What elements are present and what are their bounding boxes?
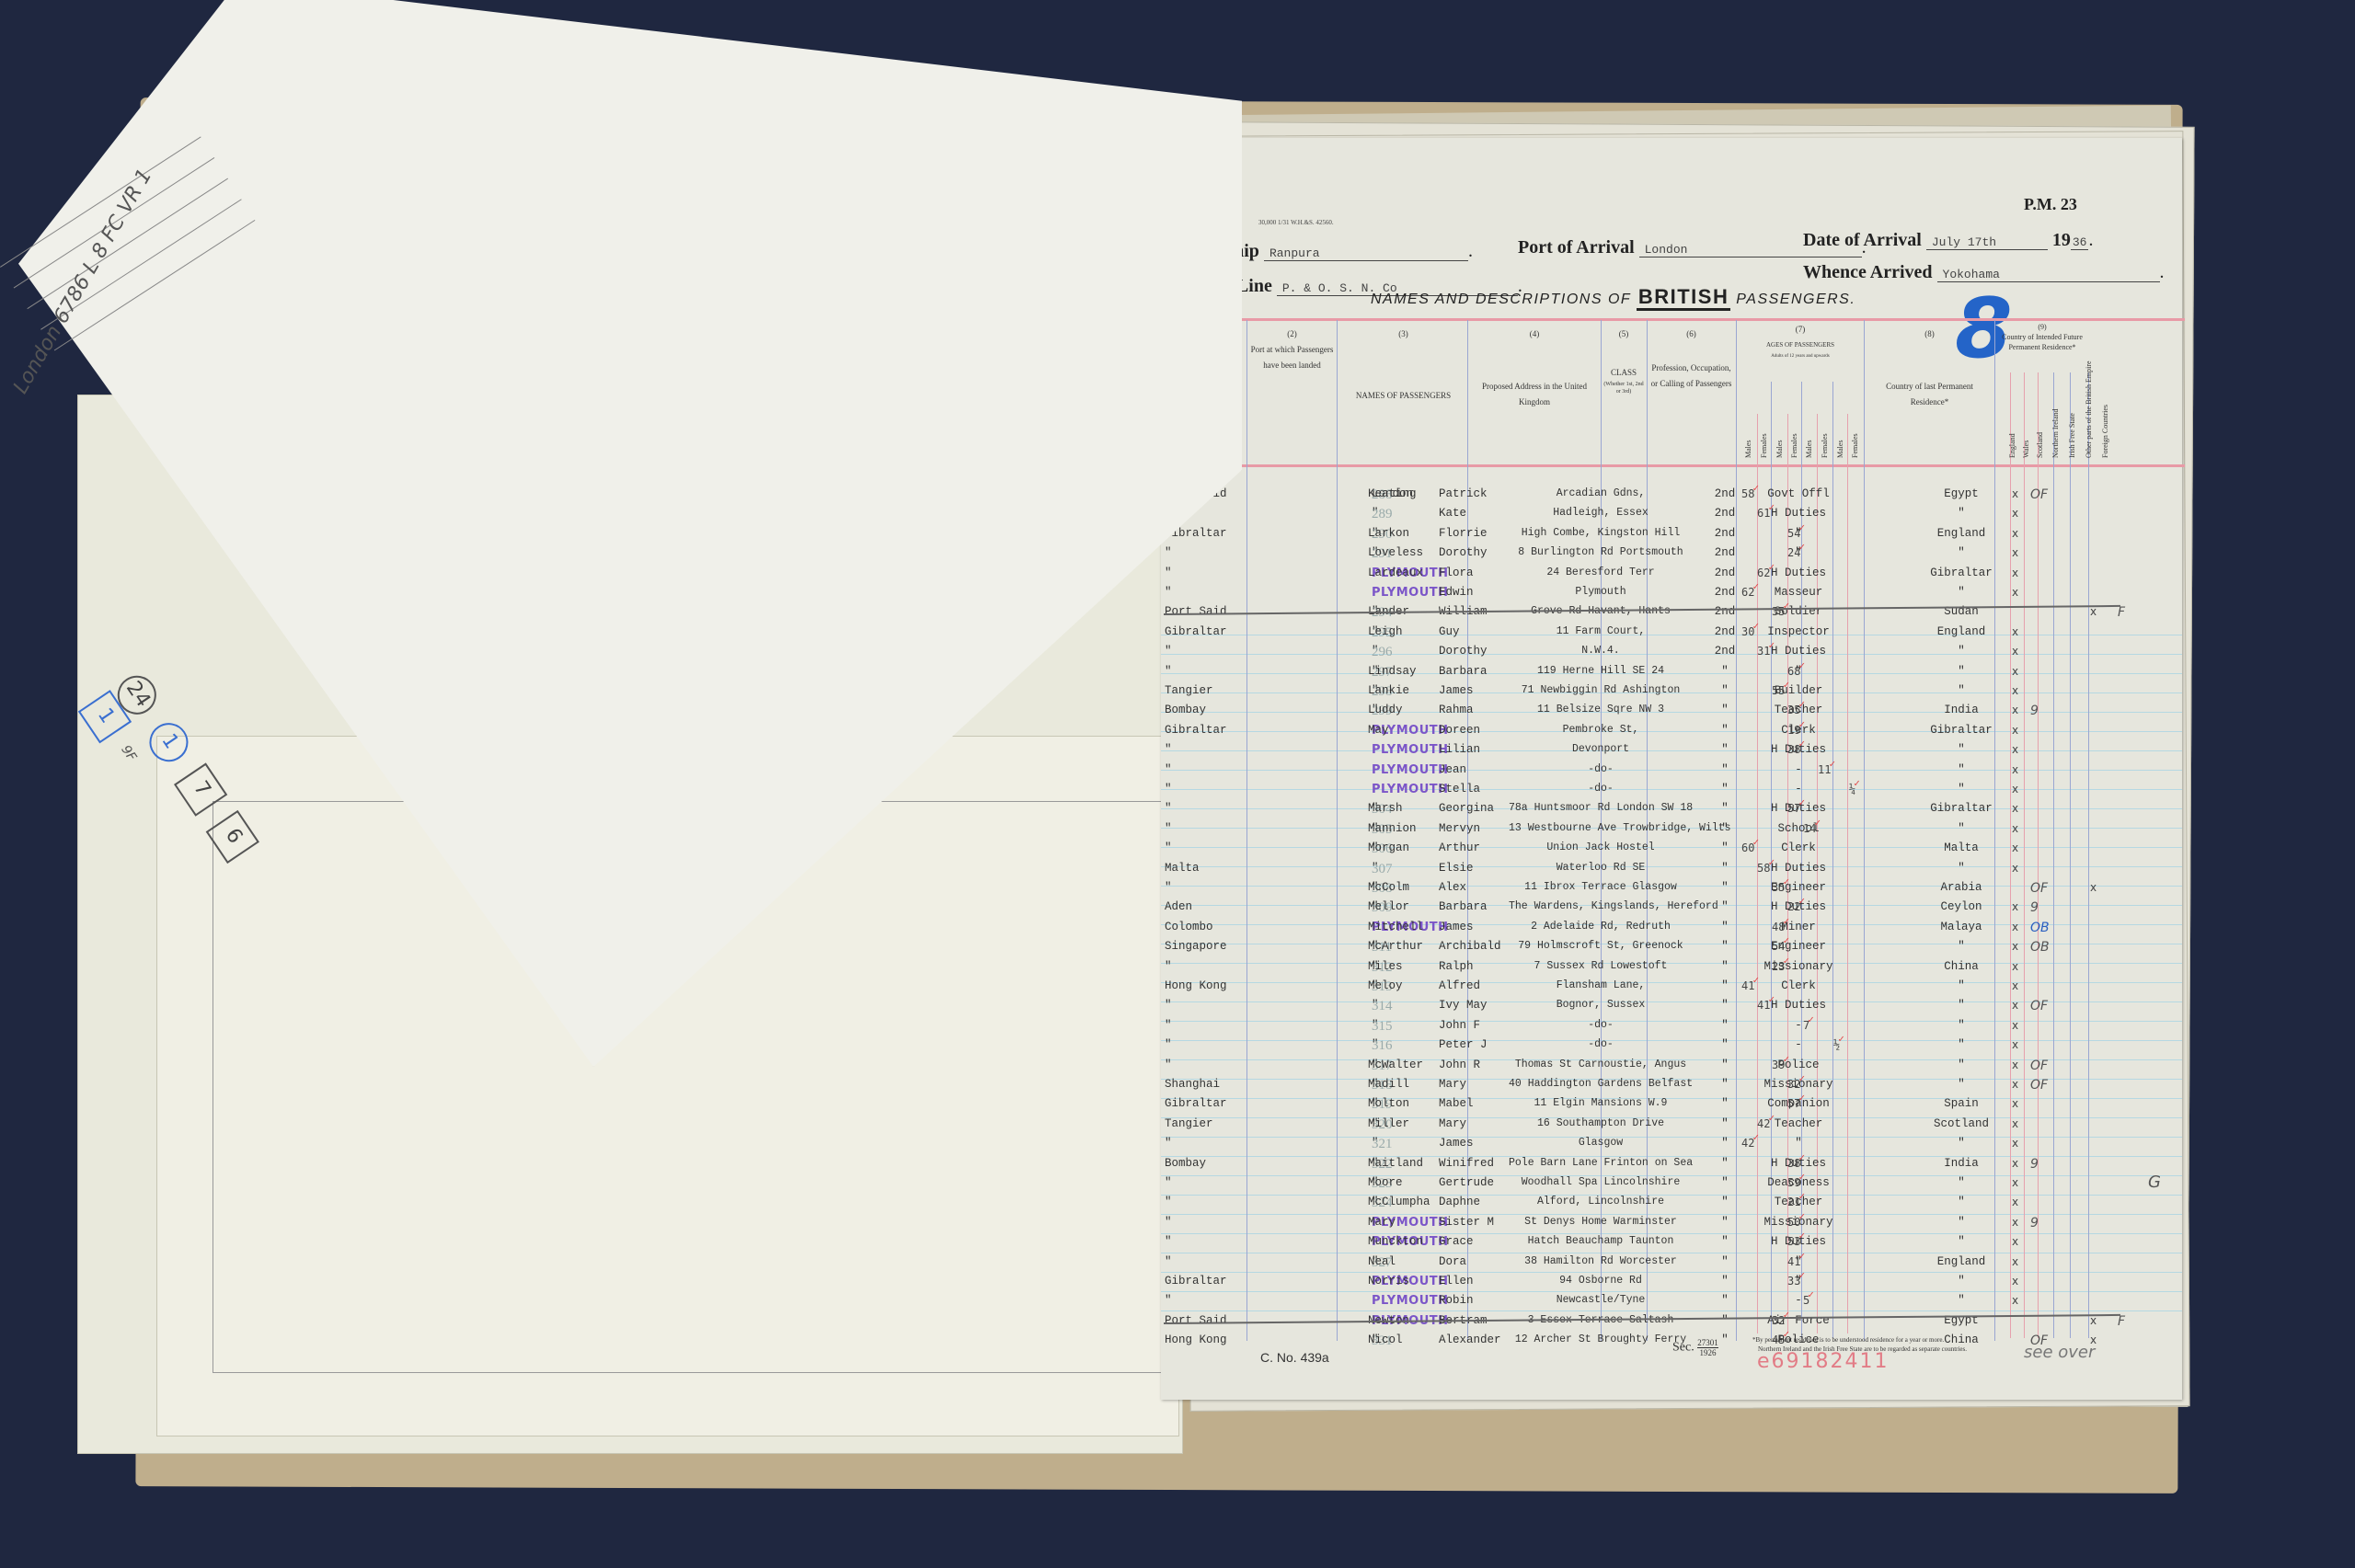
surname: Miles bbox=[1368, 960, 1403, 973]
country-last-residence: " bbox=[1869, 1137, 2053, 1150]
age: 35 bbox=[1787, 704, 1807, 716]
age: 54 bbox=[1787, 527, 1807, 540]
table-row: "" 316Peter J-do-"-½"x bbox=[1161, 1038, 2182, 1059]
port-of-embarkation: " bbox=[1161, 743, 1250, 756]
intended-residence-mark: x bbox=[2012, 586, 2018, 599]
given-name: Barbara bbox=[1439, 900, 1488, 913]
country-last-residence: Spain bbox=[1869, 1097, 2053, 1110]
table-row: Gibraltar" 290LarkonFlorrieHigh Combe, K… bbox=[1161, 527, 2182, 547]
given-name: Stella bbox=[1439, 783, 1480, 795]
class: " bbox=[1702, 1275, 1748, 1288]
uk-address: 94 Osborne Rd bbox=[1509, 1275, 1693, 1287]
table-row: "" 308McColmAlex11 Ibrox Terrace Glasgow… bbox=[1161, 881, 2182, 901]
port-of-embarkation: " bbox=[1161, 1059, 1250, 1071]
sec-field: Sec. 27301 1926 bbox=[1672, 1338, 1718, 1357]
annotation: 9 bbox=[2030, 704, 2039, 718]
class: " bbox=[1702, 999, 1748, 1012]
form-number: C. No. 439a bbox=[1260, 1350, 1329, 1365]
country-last-residence: Gibraltar bbox=[1869, 802, 2053, 815]
port-of-embarkation: " bbox=[1161, 1196, 1250, 1208]
surname: Mellor bbox=[1368, 900, 1409, 913]
annotation: OF bbox=[2030, 999, 2048, 1013]
ship-value: Ranpura bbox=[1264, 246, 1468, 261]
given-name: John R bbox=[1439, 1059, 1480, 1071]
class: 2nd bbox=[1702, 567, 1748, 579]
red-ink-annotation: e69182411 bbox=[1757, 1350, 1890, 1373]
annotation: OF bbox=[2030, 487, 2048, 502]
class: " bbox=[1702, 1038, 1748, 1051]
table-row: Gibraltar" 319MoltonMabel11 Elgin Mansio… bbox=[1161, 1097, 2182, 1117]
intended-residence-mark: x bbox=[2012, 960, 2018, 973]
occupation: Clerk bbox=[1757, 979, 1840, 992]
class: " bbox=[1702, 704, 1748, 716]
port-of-embarkation: Aden bbox=[1161, 900, 1250, 913]
given-name: Dorothy bbox=[1439, 645, 1488, 658]
manifest-title: NAMES AND DESCRIPTIONS OF BRITISH PASSEN… bbox=[1371, 285, 1855, 309]
port-of-embarkation: " bbox=[1161, 567, 1250, 579]
port-of-embarkation: " bbox=[1161, 1294, 1250, 1307]
port-of-arrival-label: Port of Arrival bbox=[1518, 237, 1635, 258]
port-of-embarkation: Hong Kong bbox=[1161, 1333, 1250, 1346]
country-last-residence: Arabia bbox=[1869, 881, 2053, 894]
subcol-females: Females bbox=[1821, 433, 1829, 458]
col-names: (3)NAMES OF PASSENGERS bbox=[1341, 326, 1465, 404]
age: 23 bbox=[1772, 960, 1791, 973]
uk-address: 38 Hamilton Rd Worcester bbox=[1509, 1255, 1693, 1267]
class: " bbox=[1702, 881, 1748, 894]
intended-residence-mark: x bbox=[2012, 862, 2018, 875]
surname: Lankie bbox=[1368, 684, 1409, 697]
subcol-foreign-countries: Foreign Countries bbox=[2101, 405, 2109, 458]
annotation: OF bbox=[2030, 1078, 2048, 1093]
surname: Marsh bbox=[1368, 802, 1403, 815]
table-row: Tangier" 298LankieJames71 Newbiggin Rd A… bbox=[1161, 684, 2182, 704]
given-name: Archibald bbox=[1439, 940, 1501, 953]
pencil-annotation: see over bbox=[2024, 1343, 2095, 1362]
uk-address: Bognor, Sussex bbox=[1509, 999, 1693, 1011]
country-last-residence: " bbox=[1869, 1019, 2053, 1032]
occupation: Miner bbox=[1757, 921, 1840, 933]
table-row: "PLYMOUTHRobinNewcastle/Tyne"-5"x bbox=[1161, 1294, 2182, 1314]
uk-address: 119 Herne Hill SE 24 bbox=[1509, 665, 1693, 677]
age: 61 bbox=[1757, 507, 1776, 520]
class: " bbox=[1702, 1216, 1748, 1229]
form-code: P.M. 23 bbox=[2024, 195, 2315, 214]
table-row: Bombay" 299LuddyRahma11 Belsize Sqre NW … bbox=[1161, 704, 2182, 724]
port-of-embarkation: " bbox=[1161, 645, 1250, 658]
uk-address: Arcadian Gdns, bbox=[1509, 487, 1693, 499]
uk-address: Flansham Lane, bbox=[1509, 979, 1693, 991]
age: 32 bbox=[1772, 1314, 1791, 1327]
intended-residence-mark: x bbox=[2012, 546, 2018, 559]
age: 5 bbox=[1803, 1294, 1816, 1307]
year-suffix: 36 bbox=[2071, 235, 2089, 250]
given-name: Winifred bbox=[1439, 1157, 1494, 1170]
given-name: Ellen bbox=[1439, 1275, 1474, 1288]
table-row: "PLYMOUTHLilianDevonport"H Duties38"x bbox=[1161, 743, 2182, 763]
uk-address: Glasgow bbox=[1509, 1137, 1693, 1149]
header-bottom-rule bbox=[1161, 464, 2185, 467]
year-prefix: 19 bbox=[2052, 230, 2071, 250]
port-of-embarkation: " bbox=[1161, 1137, 1250, 1150]
country-last-residence: " bbox=[1869, 822, 2053, 835]
given-name: Ivy May bbox=[1439, 999, 1488, 1012]
subcol-males: Males bbox=[1836, 440, 1844, 458]
country-last-residence: " bbox=[1869, 684, 2053, 697]
col-port-landed: (2)Port at which Passengers have been la… bbox=[1249, 326, 1335, 373]
intended-residence-mark: x bbox=[2012, 1196, 2018, 1208]
uk-address: 2 Adelaide Rd, Redruth bbox=[1509, 921, 1693, 933]
port-of-embarkation: " bbox=[1161, 586, 1250, 599]
plymouth-stamp: PLYMOUTH bbox=[1372, 743, 1449, 757]
age: 39 bbox=[1772, 1059, 1791, 1071]
surname: McArthur bbox=[1368, 940, 1423, 953]
uk-address: 11 Elgin Mansions W.9 bbox=[1509, 1097, 1693, 1109]
intended-residence-mark: x bbox=[2012, 1275, 2018, 1288]
age: 62 bbox=[1741, 586, 1761, 599]
intended-residence-mark: x bbox=[2012, 921, 2018, 933]
class: " bbox=[1702, 1314, 1748, 1327]
intended-residence-mark: x bbox=[2012, 567, 2018, 579]
table-row: Singapore" 311McArthurArchibald79 Holmsc… bbox=[1161, 940, 2182, 960]
intended-residence-mark: x bbox=[2012, 665, 2018, 678]
class: " bbox=[1702, 684, 1748, 697]
uk-address: The Wardens, Kingslands, Hereford bbox=[1509, 900, 1693, 912]
uk-address: Woodhall Spa Lincolnshire bbox=[1509, 1176, 1693, 1188]
subcol-england: England bbox=[2008, 433, 2016, 458]
flap-trailing-note: 9F bbox=[118, 743, 139, 764]
surname: Meloy bbox=[1368, 979, 1403, 992]
port-of-embarkation: " bbox=[1161, 841, 1250, 854]
passenger-number: 316 bbox=[1372, 1038, 1393, 1054]
class: " bbox=[1702, 724, 1748, 737]
occupation: Engineer bbox=[1757, 881, 1840, 894]
class: " bbox=[1702, 1196, 1748, 1208]
uk-address: Pembroke St, bbox=[1509, 724, 1693, 736]
port-of-embarkation: " bbox=[1161, 881, 1250, 894]
country-last-residence: Gibraltar bbox=[1869, 567, 2053, 579]
country-last-residence: Ceylon bbox=[1869, 900, 2053, 913]
occupation: " bbox=[1757, 1137, 1840, 1150]
country-last-residence: Scotland bbox=[1869, 1117, 2053, 1130]
plymouth-stamp: PLYMOUTH bbox=[1372, 586, 1449, 600]
surname: Madill bbox=[1368, 1078, 1409, 1091]
age: 19 bbox=[1787, 724, 1807, 737]
class: " bbox=[1702, 1235, 1748, 1248]
given-name: Robin bbox=[1439, 1294, 1474, 1307]
subcol-females: Females bbox=[1760, 433, 1768, 458]
annotation: 9 bbox=[2030, 1216, 2039, 1230]
col-country-intended: (9)Country of Intended Future Permanent … bbox=[1996, 322, 2088, 352]
intended-residence-mark: x bbox=[2012, 507, 2018, 520]
table-row: Aden" 309MellorBarbaraThe Wardens, Kings… bbox=[1161, 900, 2182, 921]
table-row: "" 289KateHadleigh, Essex2ndH Duties61"x bbox=[1161, 507, 2182, 527]
port-of-embarkation: " bbox=[1161, 822, 1250, 835]
annotation: OB bbox=[2030, 940, 2050, 955]
country-last-residence: Gibraltar bbox=[1869, 724, 2053, 737]
given-name: Alfred bbox=[1439, 979, 1480, 992]
country-last-residence: Malta bbox=[1869, 841, 2053, 854]
uk-address: -do- bbox=[1509, 1019, 1693, 1031]
date-of-arrival-field: Date of Arrival July 17th 1936. bbox=[1803, 230, 2093, 251]
age: 59 bbox=[1787, 1176, 1807, 1189]
occupation: - bbox=[1757, 1294, 1840, 1307]
given-name: Jean bbox=[1439, 763, 1466, 776]
uk-address: 78a Huntsmoor Rd London SW 18 bbox=[1509, 802, 1693, 814]
surname: Nicol bbox=[1368, 1333, 1403, 1346]
surname: Maitland bbox=[1368, 1157, 1423, 1170]
table-row: ColomboPLYMOUTHMitchellJames2 Adelaide R… bbox=[1161, 921, 2182, 941]
intended-residence-mark: x bbox=[2012, 1255, 2018, 1268]
class: " bbox=[1702, 1176, 1748, 1189]
table-row: "" 312MilesRalph7 Sussex Rd Lowestoft"Mi… bbox=[1161, 960, 2182, 980]
annotation: 9 bbox=[2030, 1157, 2039, 1172]
uk-address: 13 Westbourne Ave Trowbridge, Wilts bbox=[1509, 822, 1693, 834]
age: 53 bbox=[1787, 1235, 1807, 1248]
country-last-residence: " bbox=[1869, 1038, 2053, 1051]
class: " bbox=[1702, 1097, 1748, 1110]
uk-address: 11 Farm Court, bbox=[1509, 625, 1693, 637]
port-of-embarkation: " bbox=[1161, 1176, 1250, 1189]
port-of-embarkation: Singapore bbox=[1161, 940, 1250, 953]
port-of-embarkation: Colombo bbox=[1161, 921, 1250, 933]
occupation: - bbox=[1757, 1038, 1840, 1051]
occupation: Clerk bbox=[1757, 841, 1840, 854]
intended-residence-mark: x bbox=[2012, 1235, 2018, 1248]
given-name: Daphne bbox=[1439, 1196, 1480, 1208]
occupation: Inspector bbox=[1757, 625, 1840, 638]
table-row: Gibraltar" 295LeighGuy11 Farm Court,2ndI… bbox=[1161, 625, 2182, 646]
port-of-embarkation: " bbox=[1161, 802, 1250, 815]
class: " bbox=[1702, 1019, 1748, 1032]
uk-address: Plymouth bbox=[1509, 586, 1693, 598]
age: ¼ bbox=[1849, 783, 1862, 795]
passenger-number: 289 bbox=[1372, 507, 1393, 522]
intended-residence-mark: x bbox=[2012, 1097, 2018, 1110]
port-of-embarkation: Bombay bbox=[1161, 704, 1250, 716]
table-row: GibraltarPLYMOUTHNorrisEllen94 Osborne R… bbox=[1161, 1275, 2182, 1295]
intended-residence-mark: x bbox=[2012, 527, 2018, 540]
port-of-embarkation: Tangier bbox=[1161, 684, 1250, 697]
annotation: F bbox=[2118, 1314, 2125, 1329]
occupation: Masseur bbox=[1757, 586, 1840, 599]
country-last-residence: " bbox=[1869, 1078, 2053, 1091]
intended-residence-mark: x bbox=[2012, 900, 2018, 913]
surname: Mannion bbox=[1368, 822, 1417, 835]
given-name: James bbox=[1439, 1137, 1474, 1150]
given-name: Dora bbox=[1439, 1255, 1466, 1268]
table-row: "" 327NealDora38 Hamilton Rd Worcester""… bbox=[1161, 1255, 2182, 1276]
table-row: Tangier" 320MillerMary16 Southampton Dri… bbox=[1161, 1117, 2182, 1138]
passenger-number: 296 bbox=[1372, 645, 1393, 660]
class: " bbox=[1702, 743, 1748, 756]
age: 48 bbox=[1772, 921, 1791, 933]
intended-residence-mark: x bbox=[2012, 1078, 2018, 1091]
uk-address: Newcastle/Tyne bbox=[1509, 1294, 1693, 1306]
age: 11 bbox=[1818, 763, 1837, 776]
given-name: Ralph bbox=[1439, 960, 1474, 973]
surname: Mary bbox=[1368, 1216, 1396, 1229]
age: 33 bbox=[1787, 1275, 1807, 1288]
uk-address: Waterloo Rd SE bbox=[1509, 862, 1693, 874]
table-row: "" 323MooreGertrudeWoodhall Spa Lincolns… bbox=[1161, 1176, 2182, 1196]
whence-arrived-label: Whence Arrived bbox=[1803, 262, 1933, 282]
intended-residence-mark: x bbox=[2012, 763, 2018, 776]
port-of-embarkation: " bbox=[1161, 999, 1250, 1012]
port-of-embarkation: Gibraltar bbox=[1161, 1275, 1250, 1288]
annotation: OF bbox=[2030, 1059, 2048, 1073]
surname: Munckton bbox=[1368, 1235, 1423, 1248]
class: " bbox=[1702, 1117, 1748, 1130]
country-last-residence: " bbox=[1869, 645, 2053, 658]
given-name: Alex bbox=[1439, 881, 1466, 894]
given-name: James bbox=[1439, 921, 1474, 933]
country-last-residence: " bbox=[1869, 862, 2053, 875]
country-last-residence: " bbox=[1869, 1275, 2053, 1288]
age: 54 bbox=[1772, 940, 1791, 953]
port-of-embarkation: Gibraltar bbox=[1161, 1097, 1250, 1110]
class: " bbox=[1702, 1157, 1748, 1170]
port-of-embarkation: " bbox=[1161, 1038, 1250, 1051]
given-name: James bbox=[1439, 684, 1474, 697]
country-last-residence: " bbox=[1869, 1196, 2053, 1208]
passenger-number: 321 bbox=[1372, 1137, 1393, 1152]
subcol-scotland: Scotland bbox=[2036, 432, 2044, 458]
occupation: - bbox=[1757, 783, 1840, 795]
country-last-residence: " bbox=[1869, 665, 2053, 678]
age: 22 bbox=[1787, 900, 1807, 913]
given-name: Peter J bbox=[1439, 1038, 1488, 1051]
uk-address: -do- bbox=[1509, 783, 1693, 795]
table-row: GibraltarPLYMOUTHMayDoreenPembroke St,"C… bbox=[1161, 724, 2182, 744]
table-row: "" 297LindsayBarbara119 Herne Hill SE 24… bbox=[1161, 665, 2182, 685]
uk-address: Hadleigh, Essex bbox=[1509, 507, 1693, 519]
class: " bbox=[1702, 921, 1748, 933]
uk-address: Devonport bbox=[1509, 743, 1693, 755]
country-last-residence: " bbox=[1869, 783, 2053, 795]
age: 35 bbox=[1772, 881, 1791, 894]
table-row: "" 321JamesGlasgow""42"x bbox=[1161, 1137, 2182, 1157]
country-last-residence: " bbox=[1869, 979, 2053, 992]
surname: McClumpha bbox=[1368, 1196, 1430, 1208]
intended-residence-mark: x bbox=[2012, 625, 2018, 638]
age: 32 bbox=[1787, 1078, 1807, 1091]
age: 7 bbox=[1803, 1019, 1816, 1032]
class: " bbox=[1702, 940, 1748, 953]
annotation: OF bbox=[2030, 881, 2048, 896]
age: 57 bbox=[1787, 802, 1807, 815]
class: " bbox=[1702, 763, 1748, 776]
surname: Keating bbox=[1368, 487, 1417, 500]
port-of-embarkation: Gibraltar bbox=[1161, 625, 1250, 638]
subcol-males: Males bbox=[1744, 440, 1752, 458]
age: 42 bbox=[1741, 1137, 1761, 1150]
surname: Mitchell bbox=[1368, 921, 1423, 933]
intended-residence-mark: x bbox=[2012, 704, 2018, 716]
port-of-embarkation: " bbox=[1161, 1235, 1250, 1248]
age: 58 bbox=[1757, 862, 1776, 875]
port-of-embarkation: Hong Kong bbox=[1161, 979, 1250, 992]
date-of-arrival-label: Date of Arrival bbox=[1803, 230, 1922, 250]
uk-address: 24 Beresford Terr bbox=[1509, 567, 1693, 578]
given-name: Guy bbox=[1439, 625, 1460, 638]
surname: Norris bbox=[1368, 1275, 1409, 1288]
occupation: Police bbox=[1757, 1059, 1840, 1071]
surname: Morgan bbox=[1368, 841, 1409, 854]
given-name: Florrie bbox=[1439, 527, 1488, 540]
country-last-residence: " bbox=[1869, 743, 2053, 756]
intended-residence-mark: x bbox=[2090, 881, 2097, 894]
class: " bbox=[1702, 1255, 1748, 1268]
country-last-residence: " bbox=[1869, 1235, 2053, 1248]
table-row: "" 315John F-do-"-7"x bbox=[1161, 1019, 2182, 1039]
port-of-embarkation: Malta bbox=[1161, 862, 1250, 875]
uk-address: Union Jack Hostel bbox=[1509, 841, 1693, 853]
given-name: Sister M bbox=[1439, 1216, 1494, 1229]
surname: McWalter bbox=[1368, 1059, 1423, 1071]
intended-residence-mark: x bbox=[2012, 1038, 2018, 1051]
occupation: Missionary bbox=[1757, 960, 1840, 973]
age: 30 bbox=[1741, 625, 1761, 638]
header-top-rule bbox=[1214, 318, 2185, 321]
country-last-residence: " bbox=[1869, 999, 2053, 1012]
class: " bbox=[1702, 960, 1748, 973]
country-last-residence: " bbox=[1869, 1216, 2053, 1229]
class: " bbox=[1702, 1059, 1748, 1071]
intended-residence-mark: x bbox=[2012, 724, 2018, 737]
country-last-residence: England bbox=[1869, 527, 2053, 540]
given-name: John F bbox=[1439, 1019, 1480, 1032]
country-last-residence: England bbox=[1869, 1255, 2053, 1268]
col-class: (5)CLASS(Whether 1st, 2nd or 3rd) bbox=[1603, 326, 1645, 395]
table-row: "" 305MannionMervyn13 Westbourne Ave Tro… bbox=[1161, 822, 2182, 842]
class: " bbox=[1702, 822, 1748, 835]
class: 2nd bbox=[1702, 546, 1748, 559]
country-last-residence: " bbox=[1869, 1176, 2053, 1189]
port-of-embarkation: Tangier bbox=[1161, 1117, 1250, 1130]
class: " bbox=[1702, 1294, 1748, 1307]
country-last-residence: " bbox=[1869, 546, 2053, 559]
port-of-embarkation: " bbox=[1161, 1255, 1250, 1268]
country-last-residence: " bbox=[1869, 763, 2053, 776]
intended-residence-mark: x bbox=[2012, 743, 2018, 756]
given-name: Alexander bbox=[1439, 1333, 1501, 1346]
port-of-embarkation: " bbox=[1161, 763, 1250, 776]
print-line: 30,000 1/31 W.H.&S. 42560. bbox=[1258, 219, 1334, 226]
given-name: Doreen bbox=[1439, 724, 1480, 737]
col-occupation: (6)Profession, Occupation, or Calling of… bbox=[1648, 326, 1734, 392]
intended-residence-mark: x bbox=[2012, 684, 2018, 697]
given-name: Flora bbox=[1439, 567, 1474, 579]
annotation: 9 bbox=[2030, 900, 2039, 915]
intended-residence-mark: x bbox=[2012, 999, 2018, 1012]
table-row: Port SaidPLYMOUTHNewtonBertram3 Essex Te… bbox=[1161, 1314, 2182, 1334]
age: 42 bbox=[1757, 1117, 1776, 1130]
intended-residence-mark: x bbox=[2012, 1216, 2018, 1229]
table-row: "" 291LovelessDorothy8 Burlington Rd Por… bbox=[1161, 546, 2182, 567]
country-last-residence: Egypt bbox=[1869, 487, 2053, 500]
margin-annotation: G bbox=[2148, 1173, 2161, 1192]
table-row: Malta" 307ElsieWaterloo Rd SE"H Duties58… bbox=[1161, 862, 2182, 882]
intended-residence-mark: x bbox=[2012, 802, 2018, 815]
table-row: "PLYMOUTHJean-do-"-11"x bbox=[1161, 763, 2182, 784]
surname: Larkon bbox=[1368, 527, 1409, 540]
intended-residence-mark: x bbox=[2090, 605, 2097, 618]
uk-address: Hatch Beauchamp Taunton bbox=[1509, 1235, 1693, 1247]
table-row: Bombay" 322MaitlandWinifredPole Barn Lan… bbox=[1161, 1157, 2182, 1177]
table-row: "PLYMOUTHMarySister MSt Denys Home Warmi… bbox=[1161, 1216, 2182, 1236]
uk-address: Pole Barn Lane Frinton on Sea bbox=[1509, 1157, 1693, 1169]
